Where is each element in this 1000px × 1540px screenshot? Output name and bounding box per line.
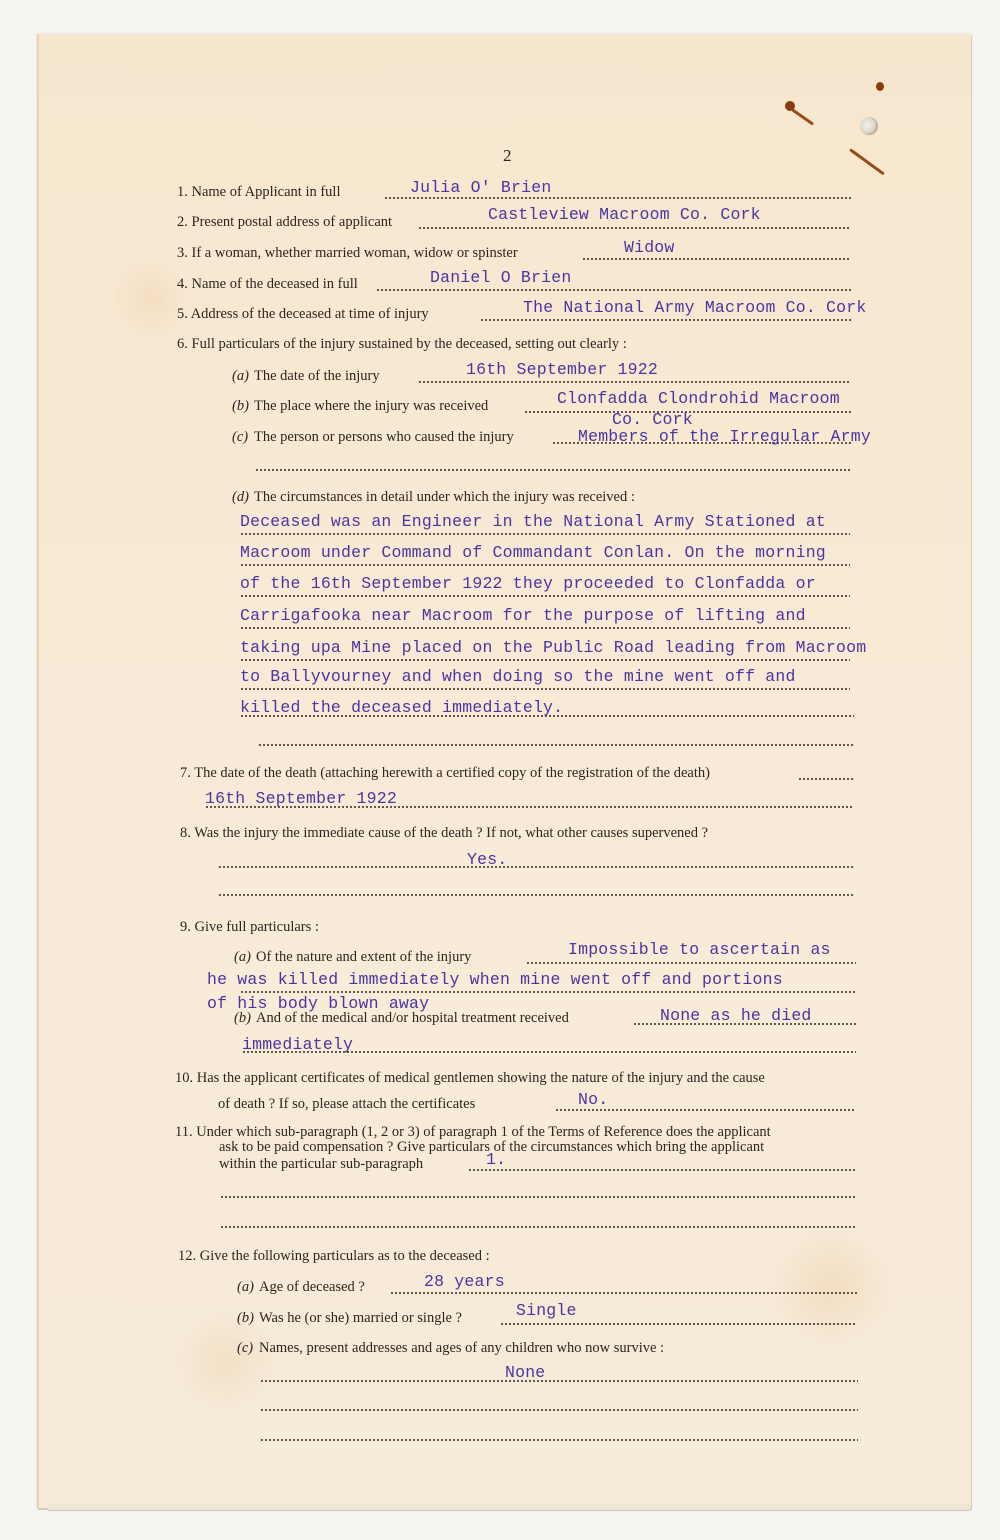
q12a-answer[interactable]: 28 years [424, 1272, 505, 1291]
q6a-dotted-line [418, 381, 851, 383]
q6c-marker: (c) [232, 429, 248, 446]
q9a-label: Of the nature and extent of the injury [256, 949, 471, 966]
q6d-label: The circumstances in detail under which … [254, 489, 635, 506]
q6d-marker: (d) [232, 489, 249, 506]
q6d-line-6[interactable]: to Ballyvourney and when doing so the mi… [240, 667, 796, 686]
q6-label: 6. Full particulars of the injury sustai… [177, 336, 627, 353]
q9a-dotted-line [526, 962, 856, 964]
q6c-answer[interactable]: Members of the Irregular Army [578, 427, 871, 446]
q9b-dotted-line-2 [242, 1051, 856, 1053]
q9b-answer-line1[interactable]: None as he died [660, 1006, 812, 1025]
q8-dotted-line [218, 866, 853, 868]
q6d-line-4[interactable]: Carrigafooka near Macroom for the purpos… [240, 606, 806, 625]
q11-dotted-line-2 [220, 1196, 856, 1198]
q12c-dotted-line-3 [260, 1439, 858, 1441]
q12a-label: Age of deceased ? [259, 1279, 365, 1296]
q2-label: 2. Present postal address of applicant [177, 214, 392, 231]
q5-dotted-line [480, 319, 851, 321]
q10-answer[interactable]: No. [578, 1090, 608, 1109]
q9b-label: And of the medical and/or hospital treat… [256, 1010, 569, 1027]
q7-dotted-line [798, 778, 853, 780]
q6d-line-1[interactable]: Deceased was an Engineer in the National… [240, 512, 826, 531]
q12a-marker: (a) [237, 1279, 254, 1296]
q9a-marker: (a) [234, 949, 251, 966]
q6c-label: The person or persons who caused the inj… [254, 429, 514, 446]
q10-dotted-line [555, 1109, 856, 1111]
q6a-marker: (a) [232, 368, 249, 385]
q1-answer[interactable]: Julia O' Brien [410, 178, 551, 197]
q6a-answer[interactable]: 16th September 1922 [466, 360, 658, 379]
q10-label-line1: 10. Has the applicant certificates of me… [175, 1070, 765, 1087]
q6b-marker: (b) [232, 398, 249, 415]
pin-head-icon [876, 82, 884, 91]
q9b-marker: (b) [234, 1010, 251, 1027]
q9a-dotted-line-2 [240, 991, 856, 993]
q6d-dotted-line [240, 715, 854, 717]
q1-label: 1. Name of Applicant in full [177, 184, 341, 201]
q9a-answer-line2[interactable]: he was killed immediately when mine went… [207, 970, 783, 989]
q12b-marker: (b) [237, 1310, 254, 1327]
q5-answer[interactable]: The National Army Macroom Co. Cork [523, 298, 866, 317]
q4-answer[interactable]: Daniel O Brien [430, 268, 571, 287]
q6d-dotted-line [240, 659, 850, 661]
q6b-label: The place where the injury was received [254, 398, 488, 415]
q12c-label: Names, present addresses and ages of any… [259, 1340, 664, 1357]
q12c-marker: (c) [237, 1340, 253, 1357]
q3-answer[interactable]: Widow [624, 238, 675, 257]
q12b-answer[interactable]: Single [516, 1301, 577, 1320]
q6d-dotted-line [240, 595, 850, 597]
q6d-dotted-line [240, 564, 850, 566]
q4-dotted-line [376, 289, 851, 291]
q6d-dotted-line [240, 688, 850, 690]
q2-answer[interactable]: Castleview Macroom Co. Cork [488, 205, 761, 224]
q6d-dotted-line [240, 627, 850, 629]
q10-label-line2: of death ? If so, please attach the cert… [218, 1096, 475, 1113]
q6a-label: The date of the injury [254, 368, 380, 385]
punch-hole-icon [860, 117, 878, 135]
q9-label: 9. Give full particulars : [180, 919, 319, 936]
q12b-dotted-line [500, 1323, 857, 1325]
q3-dotted-line [582, 258, 851, 260]
q6d-dotted-line [258, 744, 854, 746]
q3-label: 3. If a woman, whether married woman, wi… [177, 245, 518, 262]
q12a-dotted-line [390, 1292, 857, 1294]
page-edge [48, 1504, 970, 1511]
q6d-line-2[interactable]: Macroom under Command of Commandant Conl… [240, 543, 826, 562]
q12c-dotted-line-2 [260, 1409, 858, 1411]
q9a-answer-line1[interactable]: Impossible to ascertain as [568, 940, 831, 959]
q6c-dotted-line-2 [255, 469, 851, 471]
q6b-answer-line1[interactable]: Clonfadda Clondrohid Macroom [557, 389, 840, 408]
q12c-dotted-line [260, 1380, 858, 1382]
q2-dotted-line [418, 227, 851, 229]
page-number: 2 [503, 146, 512, 166]
q7-label: 7. The date of the death (attaching here… [180, 765, 710, 782]
q8-answer[interactable]: Yes. [467, 850, 507, 869]
q8-label: 8. Was the injury the immediate cause of… [180, 825, 708, 842]
q7-dotted-line-2 [205, 806, 853, 808]
q6d-dotted-line [240, 533, 850, 535]
q11-answer[interactable]: 1. [486, 1150, 506, 1169]
q4-label: 4. Name of the deceased in full [177, 276, 358, 293]
q8-dotted-line-2 [218, 894, 853, 896]
q12b-label: Was he (or she) married or single ? [259, 1310, 462, 1327]
q11-dotted-line [468, 1169, 856, 1171]
q11-dotted-line-3 [220, 1226, 856, 1228]
q1-dotted-line [384, 197, 851, 199]
q12-label: 12. Give the following particulars as to… [178, 1248, 490, 1265]
q6d-line-3[interactable]: of the 16th September 1922 they proceede… [240, 574, 816, 593]
q5-label: 5. Address of the deceased at time of in… [177, 306, 429, 323]
q6d-line-5[interactable]: taking upa Mine placed on the Public Roa… [240, 638, 866, 657]
q11-label-line3: within the particular sub-paragraph [219, 1156, 423, 1173]
